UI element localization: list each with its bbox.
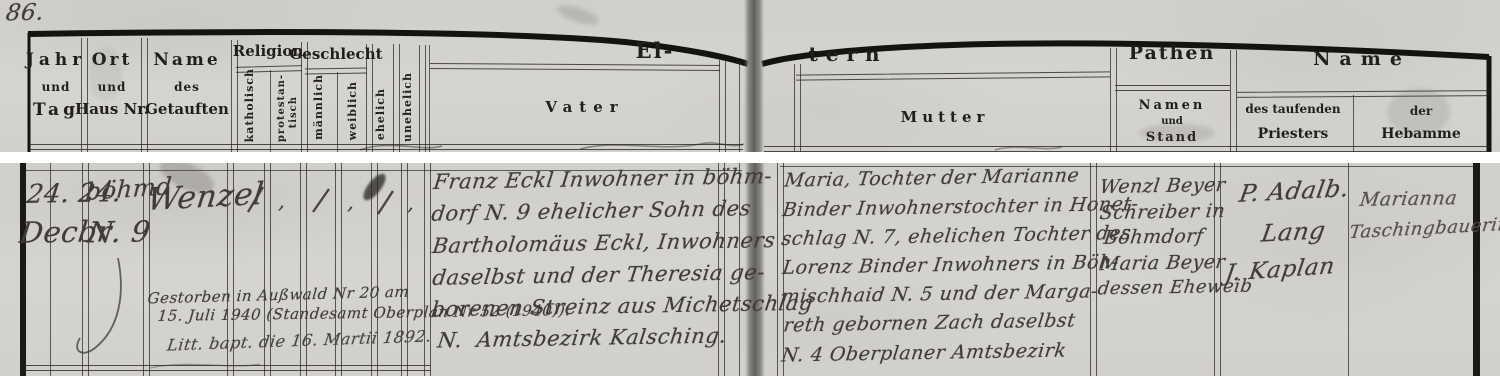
header-jahr: Jahr	[26, 50, 86, 70]
header-name-des: des	[174, 80, 200, 94]
header-bottom-rule-right	[764, 146, 1490, 152]
bleedthrough-smudge	[1140, 124, 1215, 142]
header-tisch: tisch	[288, 96, 299, 128]
header-hausnr: Haus Nr.	[75, 100, 149, 118]
header-pathen: Pathen	[1129, 42, 1216, 64]
pathen-underrule	[1115, 85, 1230, 91]
header-name-group: Name	[1313, 48, 1411, 70]
subcolumn-rule	[1353, 95, 1354, 152]
column-rule	[719, 60, 726, 152]
header-unehelich: unehelich	[401, 72, 414, 142]
header-katholisch: katholisch	[243, 68, 256, 142]
header-geschlecht: Geschlecht	[289, 45, 382, 63]
header-name: Name	[153, 50, 220, 70]
page-edge-rule	[739, 62, 740, 152]
bleedthrough-smudge	[1388, 88, 1450, 136]
book-gutter	[744, 0, 764, 152]
header-vater: Vater	[545, 98, 624, 116]
header-jahr-und: und	[42, 80, 71, 94]
header-maennlich: männlich	[312, 74, 325, 140]
header-bottom-rule-left	[29, 144, 743, 150]
header-protestan: protestan-	[276, 74, 287, 142]
header-mutter: Mutter	[901, 108, 990, 126]
column-rule	[419, 45, 426, 152]
header-weiblich: weiblich	[346, 81, 359, 140]
column-rule	[141, 38, 148, 152]
column-rule	[429, 45, 430, 152]
header-tern: tern	[808, 42, 887, 66]
header-tag: Tag	[33, 100, 79, 120]
subcolumn-rule	[337, 72, 338, 152]
header-namen: Namen	[1139, 98, 1206, 113]
header-des-taufenden: des taufenden	[1245, 102, 1340, 116]
register-row-strip: 24. 24. Decbr böhmd N. 9 Wenzel , , , Ge…	[0, 163, 1500, 376]
entry-hausnr: N. 9	[86, 214, 153, 249]
header-el: El-	[636, 38, 675, 63]
column-rule	[1230, 50, 1237, 152]
bleedthrough-smudge	[88, 48, 122, 100]
subcolumn-rule	[270, 70, 271, 152]
register-header-strip: 86. Jahr und Tag Ort und Haus Nr. Nam	[0, 0, 1500, 152]
column-rule	[393, 44, 400, 152]
header-ehelich: ehelich	[374, 88, 387, 140]
header-priesters: Priesters	[1258, 126, 1329, 142]
entry-taufname: Wenzel	[145, 176, 266, 218]
header-getauften: Getauften	[145, 100, 229, 118]
column-rule	[1110, 48, 1117, 152]
